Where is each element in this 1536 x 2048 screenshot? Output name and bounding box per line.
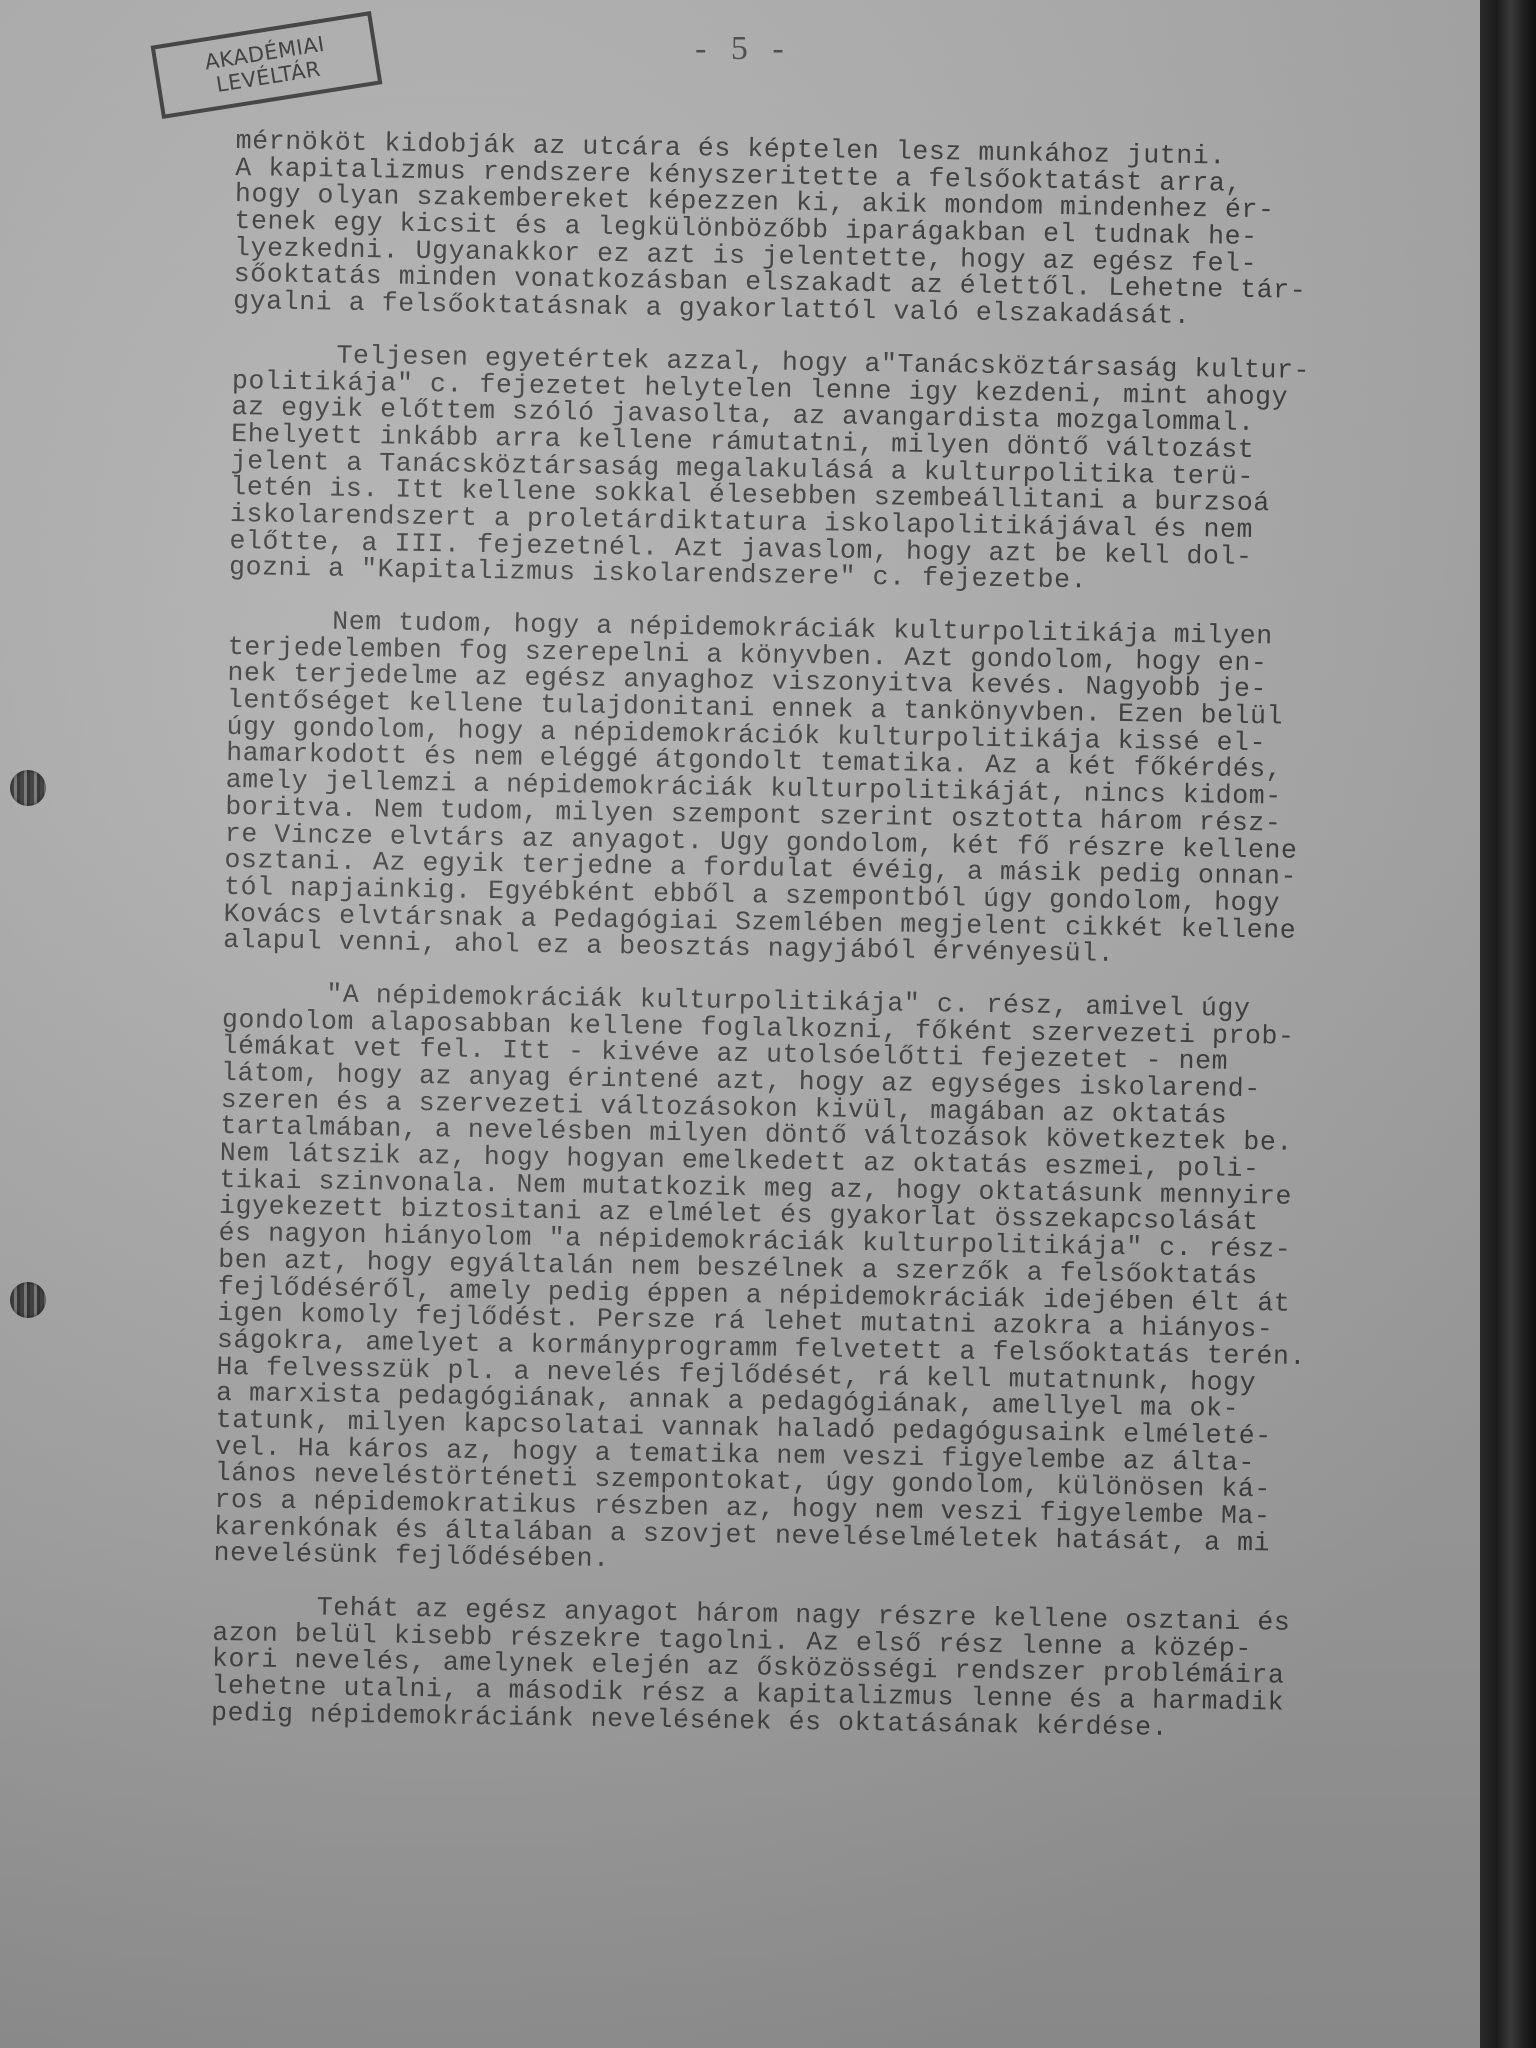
scanned-document-page: AKADÉMIAI LEVÉLTÁR - 5 - mérnököt kidobj… <box>0 0 1480 2048</box>
punch-hole-icon <box>10 770 46 806</box>
paragraph: Teljesen egyetértek azzal, hogy a"Tanács… <box>229 341 1473 601</box>
binder-edge <box>1480 0 1536 2048</box>
page-number: - 5 - <box>695 30 792 68</box>
paragraph: "A népidemokráciák kulturpolitikája" c. … <box>213 980 1462 1587</box>
punch-hole-icon <box>10 1282 46 1318</box>
paragraph: Nem tudom, hogy a népidemokráciák kultur… <box>223 607 1468 973</box>
paragraph: mérnököt kidobják az utcára és képtelen … <box>233 128 1476 334</box>
typewritten-body: mérnököt kidobják az utcára és képtelen … <box>210 128 1475 1772</box>
archive-stamp: AKADÉMIAI LEVÉLTÁR <box>151 11 383 119</box>
paragraph: Tehát az egész anyagot három nagy részre… <box>211 1593 1453 1746</box>
